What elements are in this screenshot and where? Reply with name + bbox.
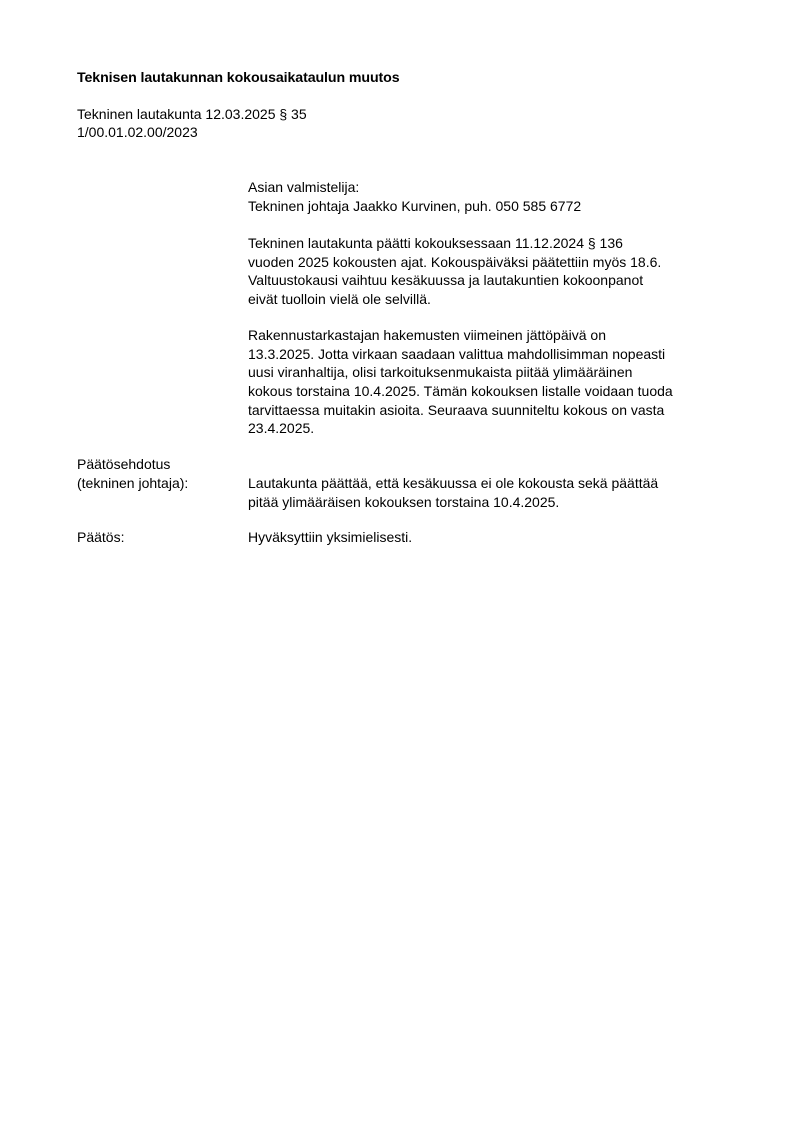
decision-label: Päätös:	[77, 528, 124, 547]
background-paragraph: Tekninen lautakunta päätti kokouksessaan…	[248, 234, 748, 309]
proposal-line: Lautakunta päättää, että kesäkuussa ei o…	[248, 474, 748, 493]
paragraph-line: Valtuustokausi vaihtuu kesäkuussa ja lau…	[248, 271, 748, 290]
paragraph-line: Rakennustarkastajan hakemusten viimeinen…	[248, 326, 748, 345]
paragraph-line: 23.4.2025.	[248, 419, 748, 438]
document-title: Teknisen lautakunnan kokousaikataulun mu…	[77, 69, 400, 87]
paragraph-line: eivät tuolloin vielä ole selvillä.	[248, 290, 748, 309]
proposal-label-line: Päätösehdotus	[77, 455, 188, 474]
paragraph-line: vuoden 2025 kokousten ajat. Kokouspäiväk…	[248, 253, 748, 272]
paragraph-line: kokous torstaina 10.4.2025. Tämän kokouk…	[248, 382, 748, 401]
decision-line: Hyväksyttiin yksimielisesti.	[248, 528, 748, 547]
meeting-reference: Tekninen lautakunta 12.03.2025 § 35	[77, 106, 307, 124]
preparer-heading: Asian valmistelija:	[248, 178, 748, 197]
decision-text: Hyväksyttiin yksimielisesti.	[248, 528, 748, 547]
document-meta: Tekninen lautakunta 12.03.2025 § 35 1/00…	[77, 106, 307, 141]
proposal-text: Lautakunta päättää, että kesäkuussa ei o…	[248, 474, 748, 511]
document-page: Teknisen lautakunnan kokousaikataulun mu…	[0, 0, 794, 1122]
proposal-line: pitää ylimääräisen kokouksen torstaina 1…	[248, 493, 748, 512]
proposal-label-line: (tekninen johtaja):	[77, 474, 188, 493]
preparer-section: Asian valmistelija: Tekninen johtaja Jaa…	[248, 178, 748, 215]
proposal-label: Päätösehdotus (tekninen johtaja):	[77, 455, 188, 492]
paragraph-line: uusi viranhaltija, olisi tarkoituksenmuk…	[248, 363, 748, 382]
paragraph-line: 13.3.2025. Jotta virkaan saadaan valittu…	[248, 345, 748, 364]
preparer-person: Tekninen johtaja Jaakko Kurvinen, puh. 0…	[248, 197, 748, 216]
justification-paragraph: Rakennustarkastajan hakemusten viimeinen…	[248, 326, 748, 438]
paragraph-line: tarvittaessa muitakin asioita. Seuraava …	[248, 401, 748, 420]
paragraph-line: Tekninen lautakunta päätti kokouksessaan…	[248, 234, 748, 253]
record-number: 1/00.01.02.00/2023	[77, 124, 307, 142]
